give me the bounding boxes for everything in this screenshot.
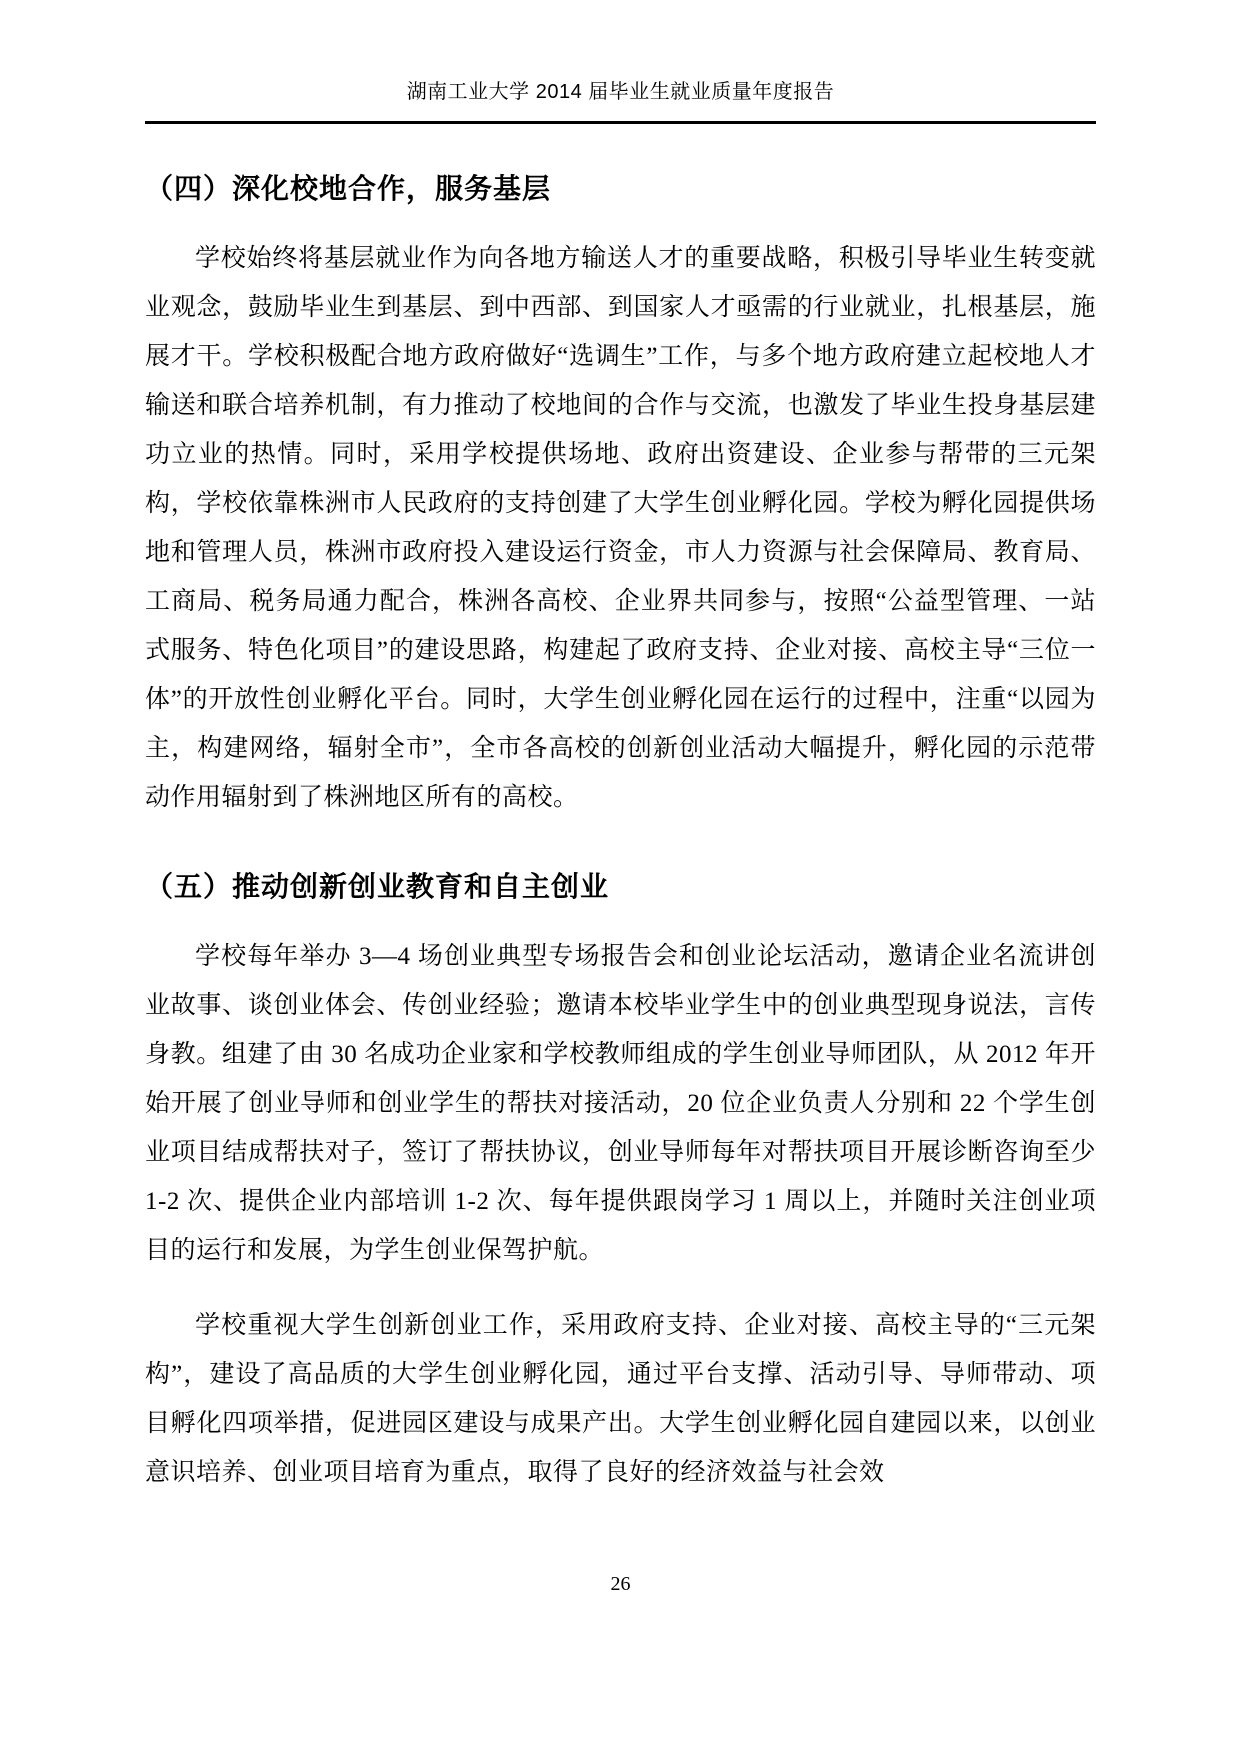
section-5-paragraph-1: 学校每年举办 3—4 场创业典型专场报告会和创业论坛活动，邀请企业名流讲创业故事… bbox=[145, 932, 1096, 1275]
page-number: 26 bbox=[0, 1573, 1241, 1596]
section-heading-5: （五）推动创新创业教育和自主创业 bbox=[145, 868, 1096, 906]
section-heading-4: （四）深化校地合作，服务基层 bbox=[145, 170, 1096, 208]
document-body: （四）深化校地合作，服务基层 学校始终将基层就业作为向各地方输送人才的重要战略，… bbox=[145, 170, 1096, 1497]
section-4-paragraph-1: 学校始终将基层就业作为向各地方输送人才的重要战略，积极引导毕业生转变就业观念，鼓… bbox=[145, 234, 1096, 822]
section-5-paragraph-2: 学校重视大学生创新创业工作，采用政府支持、企业对接、高校主导的“三元架构”，建设… bbox=[145, 1301, 1096, 1497]
document-page: 湖南工业大学 2014 届毕业生就业质量年度报告 （四）深化校地合作，服务基层 … bbox=[0, 0, 1241, 1754]
running-header-title: 湖南工业大学 2014 届毕业生就业质量年度报告 bbox=[145, 80, 1096, 104]
page-header: 湖南工业大学 2014 届毕业生就业质量年度报告 bbox=[145, 80, 1096, 124]
header-divider bbox=[145, 121, 1096, 124]
